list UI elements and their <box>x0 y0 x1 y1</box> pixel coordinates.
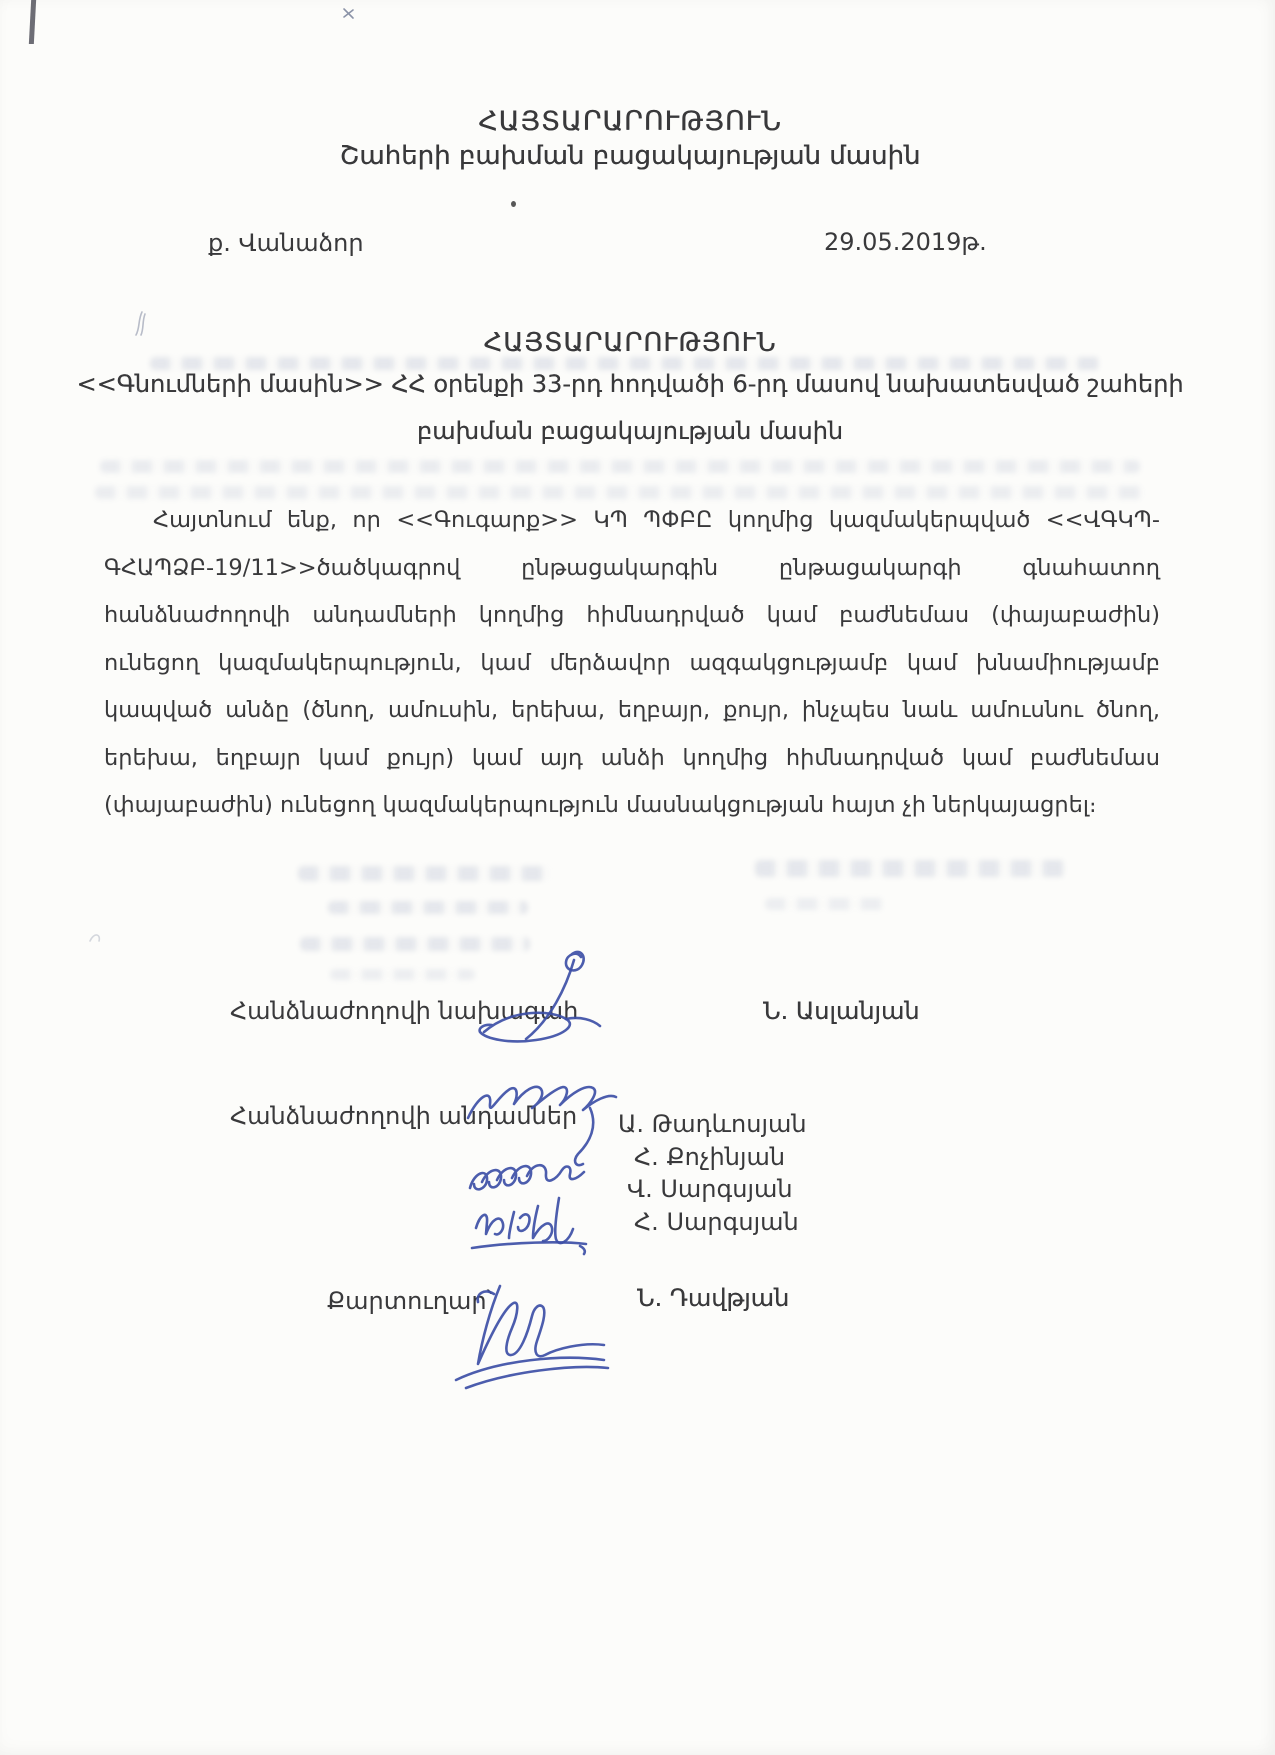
chairman-name: Ն. Ասլանյան <box>763 997 920 1025</box>
document-title: ՀԱՅՏԱՐԱՐՈՒԹՅՈՒՆ <box>0 106 1260 137</box>
bleedthrough-artifact <box>330 969 475 980</box>
document-place: ք. Վանաձոր <box>208 229 364 257</box>
body-line: Հայտնում ենք, որ <<Գուգարք>> ԿՊ ՊՓԲԸ կող… <box>104 497 1160 545</box>
member-name: Վ. Սարգսյան <box>627 1173 807 1206</box>
bleedthrough-artifact <box>765 898 885 910</box>
body-line: հանձնաժողովի անդամների կողմից հիմնադրված… <box>104 592 1160 640</box>
declaration-body: Հայտնում ենք, որ <<Գուգարք>> ԿՊ ՊՓԲԸ կող… <box>104 497 1160 830</box>
bleedthrough-artifact <box>328 901 528 914</box>
body-line: (փայաբաժին) ունեցող կազմակերպություն մաս… <box>104 782 1160 830</box>
member-name: Ա. Թադևոսյան <box>618 1108 807 1141</box>
scanned-document-page: ՀԱՅՏԱՐԱՐՈՒԹՅՈՒՆ Շահերի բախման բացակայութ… <box>0 0 1275 1755</box>
member-name: Հ. Սարգսյան <box>634 1206 807 1239</box>
ink-dot-artifact <box>511 201 516 207</box>
chairman-signature <box>468 946 618 1054</box>
secretary-name: Ն. Դավթյան <box>637 1284 789 1312</box>
scan-x-mark-artifact <box>342 7 355 20</box>
declaration-subtitle-line-1: <<Գնումների մասին>> ՀՀ օրենքի 33-րդ հոդվ… <box>0 370 1260 398</box>
body-line: ունեցող կազմակերպություն, կամ մերձավոր ա… <box>104 640 1160 688</box>
declaration-title: ՀԱՅՏԱՐԱՐՈՒԹՅՈՒՆ <box>0 328 1260 358</box>
bleedthrough-artifact <box>755 860 1065 877</box>
body-line: կապված անձը (ծնող, ամուսին, երեխա, եղբայ… <box>104 687 1160 735</box>
bleedthrough-artifact <box>150 357 1100 370</box>
body-line: երեխա, եղբայր կամ քույր) կամ այդ անձի կո… <box>104 735 1160 783</box>
scan-edge-artifact <box>29 0 36 44</box>
declaration-subtitle-line-2: բախման բացակայության մասին <box>0 417 1260 445</box>
document-date: 29.05.2019թ. <box>824 228 987 256</box>
pencil-mark-artifact <box>88 930 104 944</box>
bleedthrough-artifact <box>298 866 550 881</box>
member-name: Հ. Քոչինյան <box>634 1141 807 1174</box>
document-subtitle: Շահերի բախման բացակայության մասին <box>0 141 1260 171</box>
secretary-signature <box>438 1270 630 1398</box>
members-names: Ա. Թադևոսյան Հ. Քոչինյան Վ. Սարգսյան Հ. … <box>618 1108 807 1238</box>
bleedthrough-artifact <box>100 460 1140 473</box>
body-line: ԳՀԱՊՁԲ-19/11>>ծածկագրով ընթացակարգին ընթ… <box>104 545 1160 593</box>
